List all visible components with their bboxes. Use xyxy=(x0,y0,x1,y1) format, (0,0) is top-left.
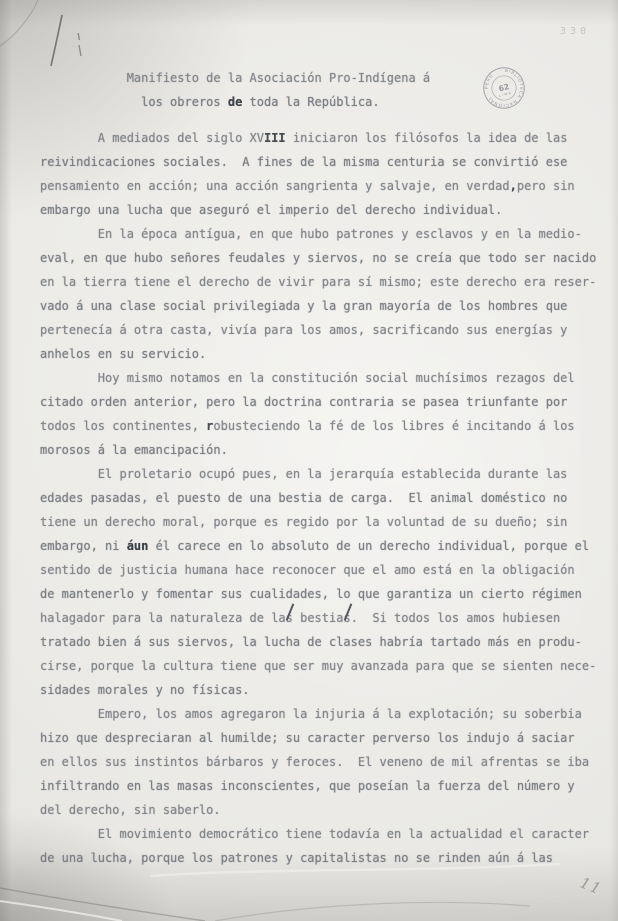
text-line: Hoy mismo notamos en la constitución soc… xyxy=(40,366,606,390)
bottom-crease-highlight xyxy=(0,901,122,921)
paragraph: El proletario ocupó pues, en la jerarquí… xyxy=(40,462,606,702)
text-line: del derecho, sin saberlo. xyxy=(40,798,606,822)
bottom-crease-2 xyxy=(215,902,530,921)
paper-shading-left-edge xyxy=(0,0,12,921)
text-line: citado orden anterior, pero la doctrina … xyxy=(40,390,606,414)
text-line: en ellos sus instintos bárbaros y feroce… xyxy=(40,750,606,774)
pencil-slash-mark xyxy=(51,15,62,66)
pencil-tick-mark xyxy=(78,33,80,40)
bottom-crease-1 xyxy=(0,888,205,921)
text-line: halagador para la naturaleza de las best… xyxy=(40,606,606,630)
text-line: morosos á la emancipación. xyxy=(40,438,606,462)
scanned-document-page: 330 · BIBLIOTECA NACIONAL · PERÚ 62 LIMA… xyxy=(0,0,618,921)
text-line: de mantenerlo y fomentar sus cualidades,… xyxy=(40,582,606,606)
text-line: edades pasadas, el puesto de una bestia … xyxy=(40,486,606,510)
paper-shading-top-edge xyxy=(0,0,618,26)
paragraph: El movimiento democrático tiene todavía … xyxy=(40,822,606,870)
text-line: infiltrando en las masas inconscientes, … xyxy=(40,774,606,798)
document-title: Manifiesto de la Asociación Pro-Indígena… xyxy=(40,66,606,114)
text-line: los obreros de toda la República. xyxy=(40,90,606,114)
text-line: sentido de justicia humana hace reconoce… xyxy=(40,558,606,582)
text-line: pensamiento en acción; una acción sangri… xyxy=(40,174,606,198)
text-line: tratado bien á sus siervos, la lucha de … xyxy=(40,630,606,654)
text-line: cirse, porque la cultura tiene que ser m… xyxy=(40,654,606,678)
page-number-pencil: 11 xyxy=(577,874,604,899)
text-line: embargo, ni áun él carece en lo absoluto… xyxy=(40,534,606,558)
text-line: reivindicaciones sociales. A fines de la… xyxy=(40,150,606,174)
text-line: vado á una clase social privilegiada y l… xyxy=(40,294,606,318)
paragraph: A mediados del siglo XVIII iniciaron los… xyxy=(40,126,606,222)
text-line: El proletario ocupó pues, en la jerarquí… xyxy=(40,462,606,486)
text-line: eval, en que hubo señores feudales y sie… xyxy=(40,246,606,270)
text-line: tiene un derecho moral, porque es regido… xyxy=(40,510,606,534)
text-line: Manifiesto de la Asociación Pro-Indígena… xyxy=(40,66,606,90)
text-line: A mediados del siglo XVIII iniciaron los… xyxy=(40,126,606,150)
text-line: sidades morales y no físicas. xyxy=(40,678,606,702)
paragraph: Empero, los amos agregaron la injuria á … xyxy=(40,702,606,822)
text-line: pertenecía á otra casta, vivía para los … xyxy=(40,318,606,342)
paper-shading-right-edge xyxy=(610,0,618,921)
text-flow: Manifiesto de la Asociación Pro-Indígena… xyxy=(40,66,606,870)
paragraph: Hoy mismo notamos en la constitución soc… xyxy=(40,366,606,462)
text-line: todos los continentes, robusteciendo la … xyxy=(40,414,606,438)
text-line: anhelos en su servicio. xyxy=(40,342,606,366)
text-line: embargo una lucha que aseguró el imperio… xyxy=(40,198,606,222)
text-line: en la tierra tiene el derecho de vivir p… xyxy=(40,270,606,294)
archive-number: 330 xyxy=(560,26,590,37)
paragraph: En la época antígua, en que hubo patrone… xyxy=(40,222,606,366)
text-line: hizo que despreciaran al humilde; su car… xyxy=(40,726,606,750)
text-line: Empero, los amos agregaron la injuria á … xyxy=(40,702,606,726)
pencil-tick-mark-2 xyxy=(79,45,81,56)
text-line: En la época antígua, en que hubo patrone… xyxy=(40,222,606,246)
corner-fold-crease xyxy=(0,0,38,46)
text-line: de una lucha, porque los patrones y capi… xyxy=(40,846,606,870)
text-line: El movimiento democrático tiene todavía … xyxy=(40,822,606,846)
